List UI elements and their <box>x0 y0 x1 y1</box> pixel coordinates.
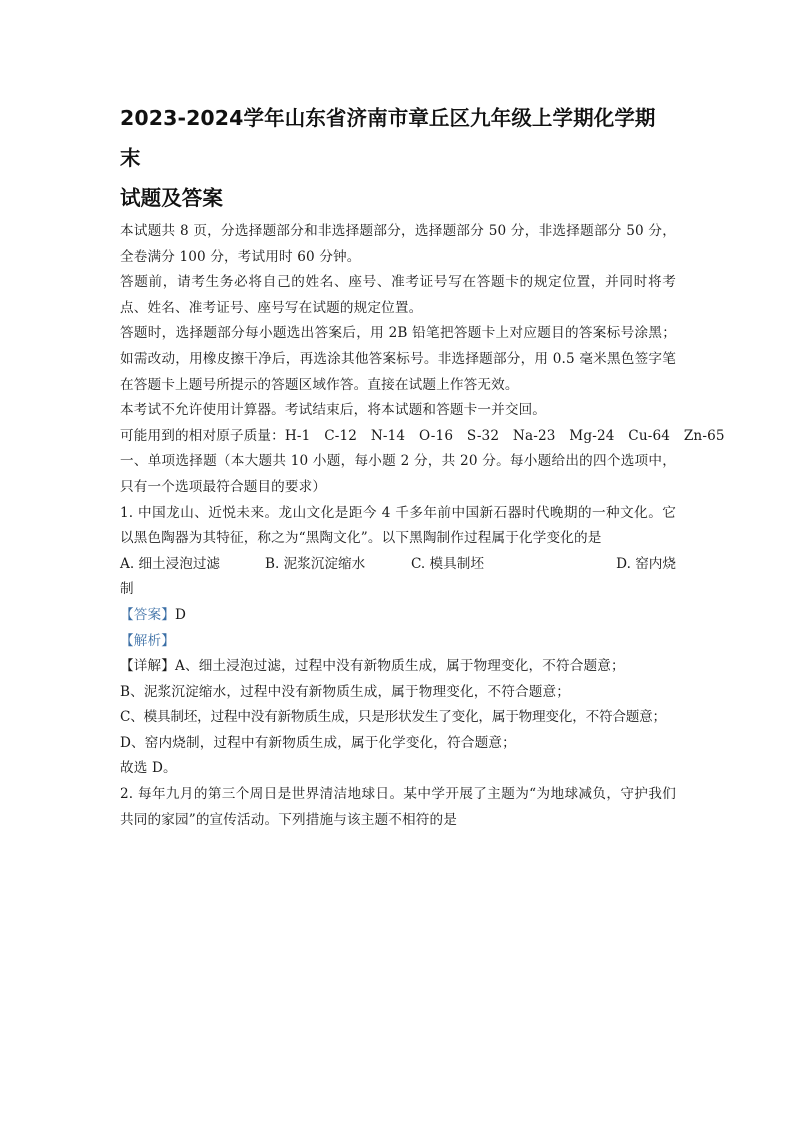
question-stem: 1. 中国龙山、近悦未来。龙山文化是距今 4 千多年前中国新石器时代晚期的一种文… <box>120 501 676 552</box>
option-d-wrap: 制 <box>120 577 676 603</box>
detail-line-b: B、泥浆沉淀缩水，过程中没有新物质生成，属于物理变化，不符合题意； <box>120 680 676 706</box>
section-heading: 一、单项选择题（本大题共 10 小题，每小题 2 分，共 20 分。每小题给出的… <box>120 449 676 500</box>
answer-label: 【答案】 <box>120 607 175 623</box>
document-page: 2023-2024学年山东省济南市章丘区九年级上学期化学期末 试题及答案 本试题… <box>120 98 676 833</box>
question-stem: 2. 每年九月的第三个周日是世界清洁地球日。某中学开展了主题为“为地球减负，守护… <box>120 782 676 833</box>
analysis-line: 【解析】 <box>120 629 676 655</box>
question-2: 2. 每年九月的第三个周日是世界清洁地球日。某中学开展了主题为“为地球减负，守护… <box>120 782 676 833</box>
option-d: D. 窑内烧 <box>563 552 676 578</box>
relative-atomic-masses: 可能用到的相对原子质量：H-1 C-12 N-14 O-16 S-32 Na-2… <box>120 424 676 450</box>
question-options: A. 细土浸泡过滤 B. 泥浆沉淀缩水 C. 模具制坯 D. 窑内烧 <box>120 552 676 578</box>
detail-line-a: 【详解】A、细土浸泡过滤，过程中没有新物质生成，属于物理变化，不符合题意； <box>120 654 676 680</box>
question-1: 1. 中国龙山、近悦未来。龙山文化是距今 4 千多年前中国新石器时代晚期的一种文… <box>120 501 676 783</box>
detail-text-a: A、细土浸泡过滤，过程中没有新物质生成，属于物理变化，不符合题意； <box>175 658 625 674</box>
document-title: 2023-2024学年山东省济南市章丘区九年级上学期化学期末 试题及答案 <box>120 98 676 218</box>
conclusion: 故选 D。 <box>120 756 676 782</box>
detail-line-d: D、窑内烧制，过程中有新物质生成，属于化学变化，符合题意； <box>120 731 676 757</box>
analysis-label: 【解析】 <box>120 633 175 649</box>
title-line-1: 2023-2024学年山东省济南市章丘区九年级上学期化学期末 <box>120 106 656 170</box>
answer-value: D <box>175 607 186 623</box>
instruction-answering-method: 答题时，选择题部分每小题选出答案后，用 2B 铅笔把答题卡上对应题目的答案标号涂… <box>120 321 676 398</box>
instruction-before-answering: 答题前，请考生务必将自己的姓名、座号、准考证号写在答题卡的规定位置，并同时将考点… <box>120 270 676 321</box>
instruction-pages-scores: 本试题共 8 页，分选择题部分和非选择题部分，选择题部分 50 分，非选择题部分… <box>120 219 676 270</box>
detail-label: 【详解】 <box>120 658 175 674</box>
answer-line: 【答案】D <box>120 603 676 629</box>
title-line-2: 试题及答案 <box>120 186 223 210</box>
option-c: C. 模具制坯 <box>411 552 563 578</box>
instruction-no-calculator: 本考试不允许使用计算器。考试结束后，将本试题和答题卡一并交回。 <box>120 398 676 424</box>
option-a: A. 细土浸泡过滤 <box>120 552 265 578</box>
option-b: B. 泥浆沉淀缩水 <box>265 552 411 578</box>
detail-line-c: C、模具制坯，过程中没有新物质生成，只是形状发生了变化，属于物理变化，不符合题意… <box>120 705 676 731</box>
